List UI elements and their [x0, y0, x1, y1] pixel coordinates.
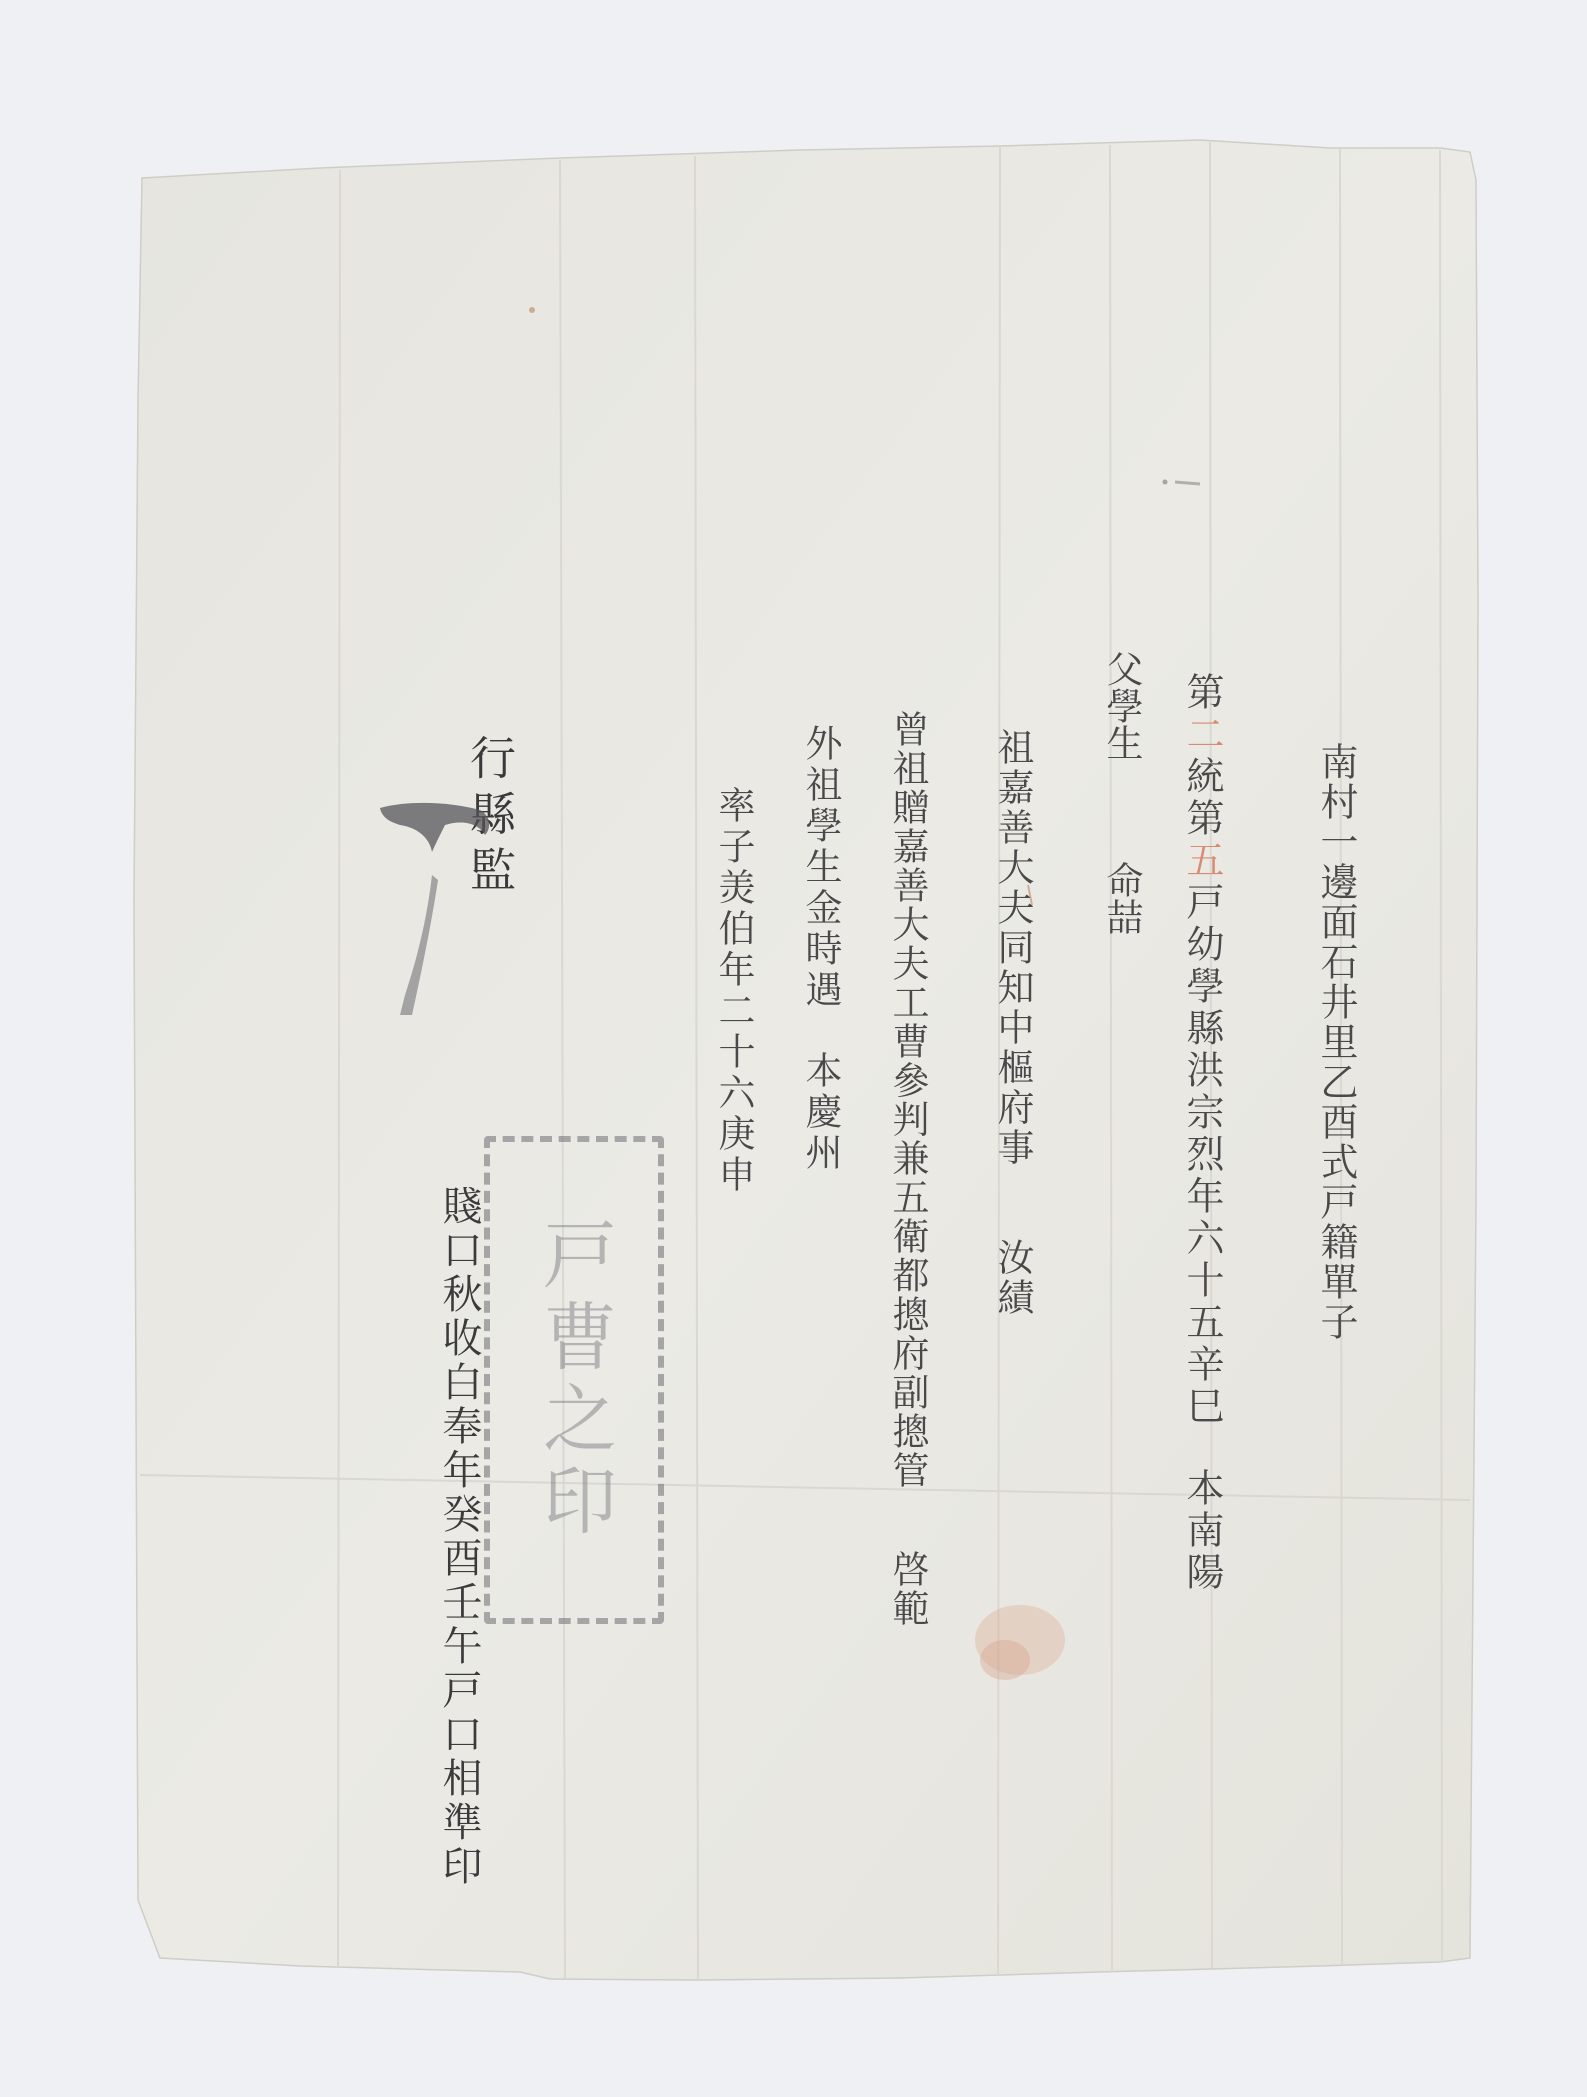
brush-signature-mark	[360, 780, 520, 1020]
official-seal: 戸曹之印	[484, 1136, 664, 1624]
grandfather-name: 汝績	[991, 1238, 1034, 1318]
grandfather-title: 祖嘉善大夫同知中樞府事	[991, 728, 1034, 1168]
father-name: 命喆	[1100, 861, 1143, 935]
household-text: 戸幼學縣洪宗烈年六十五辛巳	[1180, 882, 1224, 1428]
great-grandfather-name: 啓範	[886, 1550, 929, 1628]
son-entry: 率子羙伯年二十六庚申	[712, 786, 755, 1196]
clan-origin: 本南陽	[1180, 1468, 1224, 1594]
document-paper: 南村一邊面石井里乙酉式戸籍單子 第二統第五戸幼學縣洪宗烈年六十五辛巳本南陽 父學…	[0, 0, 1587, 2097]
seal-text: 戸曹之印	[490, 1142, 658, 1618]
father-title: 父學生	[1100, 650, 1143, 761]
certification-text: 賤口秋收白奉年癸酉壬午戸口相準印	[436, 1185, 482, 1889]
document-title: 南村一邊面石井里乙酉式戸籍單子	[1314, 742, 1358, 1342]
title-column: 南村一邊面石井里乙酉式戸籍單子	[1258, 558, 1414, 1342]
son-column: 率子羙伯年二十六庚申	[658, 598, 808, 1196]
